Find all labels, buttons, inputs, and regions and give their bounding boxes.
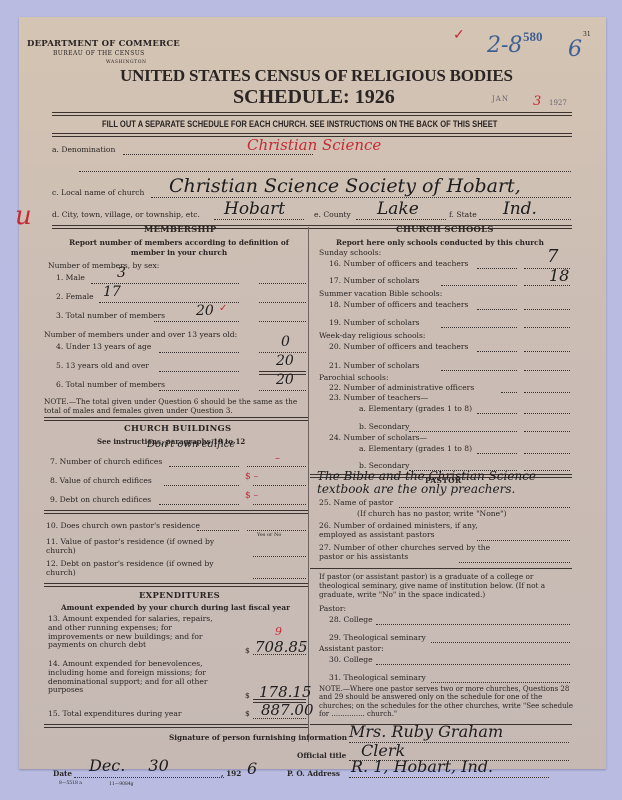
file-number-handwritten: 2-8 <box>487 33 522 58</box>
over-13-field[interactable]: 20 <box>276 353 294 369</box>
denomination-label: a. Denomination <box>52 145 115 154</box>
sunday-scholars-label: 17. Number of scholars <box>329 276 420 285</box>
sunday-officers-label: 16. Number of officers and teachers <box>329 259 468 268</box>
female-label: 2. Female <box>56 292 94 301</box>
address-label: P. O. Address <box>287 769 340 778</box>
male-answer-line <box>259 283 306 284</box>
church-buildings-heading: CHURCH BUILDINGS <box>124 423 231 433</box>
parochial-scholars-elementary-label: a. Elementary (grades 1 to 8) <box>359 444 472 453</box>
city-field[interactable]: Hobart <box>224 199 285 219</box>
instructions-banner: FILL OUT A SEPARATE SCHEDULE FOR EACH CH… <box>102 119 497 129</box>
date-label: Date <box>53 769 72 778</box>
edifices-debt-label: 9. Debt on church edifices <box>50 495 151 504</box>
county-label: e. County <box>314 210 351 219</box>
parochial-scholars-label: 24. Number of scholars— <box>329 433 427 442</box>
print-code-1: 8—5518 a <box>59 781 82 786</box>
city-field-label: d. City, town, village, or township, etc… <box>52 210 200 219</box>
female-field[interactable]: 17 <box>103 284 121 300</box>
summer-officers-label: 18. Number of officers and teachers <box>329 300 468 309</box>
assistant-college-line <box>376 664 570 665</box>
assistant-pastors-label: 26. Number of ordained ministers, if any… <box>319 522 499 540</box>
parochial-schools-label: Parochial schools: <box>319 373 389 382</box>
official-title-label: Official title <box>297 751 346 760</box>
local-name-field[interactable]: Christian Science Society of Hobart, <box>169 175 521 197</box>
running-expenses-correction: 9 <box>275 625 282 638</box>
age-label: Number of members under and over 13 year… <box>44 330 237 339</box>
total-members-age-answer-line <box>259 390 306 391</box>
female-line <box>99 302 239 303</box>
pastor-residence-label: 10. Does church own pastor's residence <box>46 521 200 530</box>
edifices-value-answer-line <box>253 485 306 486</box>
bureau-label: BUREAU OF THE CENSUS <box>53 50 145 57</box>
under-13-line <box>159 352 239 353</box>
received-stamp-day: 3 <box>533 94 541 109</box>
over-13-label: 5. 13 years old and over <box>56 361 149 370</box>
margin-mark: u <box>15 201 32 231</box>
edifices-value-field[interactable]: $ – <box>245 472 258 482</box>
file-number-stamp: 580 <box>523 29 543 45</box>
city-line <box>214 219 304 220</box>
pastor-residence-line <box>197 530 239 531</box>
total-members-age-field[interactable]: 20 <box>276 372 294 388</box>
parochial-teachers-label: 23. Number of teachers— <box>329 393 428 402</box>
sunday-scholars-field[interactable]: 18 <box>549 266 569 285</box>
check-mark-icon: ✓ <box>219 303 227 314</box>
dollar-sign: $ <box>245 691 250 700</box>
membership-heading: MEMBERSHIP <box>144 224 217 234</box>
expenditures-divider <box>44 724 308 728</box>
sunday-scholars-line <box>441 285 517 286</box>
total-members-label: 3. Total number of members <box>56 311 165 320</box>
membership-note: NOTE.—The total given under Question 6 s… <box>44 398 306 416</box>
total-members-line <box>154 321 239 322</box>
pastor-name-line <box>399 507 570 508</box>
weekday-officers-line <box>477 351 517 352</box>
residence-value-answer-line <box>253 556 306 557</box>
weekday-scholars-line <box>441 370 517 371</box>
summer-officers-answer-line <box>524 309 570 310</box>
section-divider <box>52 225 572 229</box>
graduate-instructions: If pastor (or assistant pastor) is a gra… <box>319 573 574 599</box>
county-field[interactable]: Lake <box>377 199 419 219</box>
male-field[interactable]: 3 <box>117 265 126 281</box>
total-expenditures-label: 15. Total expenditures during year <box>48 709 182 718</box>
assistant-college-label: 30. College <box>329 655 373 664</box>
assistant-seminary-line <box>431 682 570 683</box>
edifices-debt-answer-line <box>253 504 306 505</box>
summer-scholars-line <box>441 327 517 328</box>
census-schedule-sheet: DEPARTMENT OF COMMERCE BUREAU OF THE CEN… <box>19 17 606 769</box>
assistant-seminary-label: 31. Theological seminary <box>329 673 426 682</box>
sunday-schools-label: Sunday schools: <box>319 248 381 257</box>
corner-mark: 31 <box>583 31 591 38</box>
header-divider <box>52 112 572 116</box>
check-mark-icon: ✓ <box>453 27 465 43</box>
total-members-age-line <box>159 390 239 391</box>
denomination-line <box>123 154 313 155</box>
summer-scholars-answer-line <box>524 327 570 328</box>
pastor-seminary-line <box>431 642 570 643</box>
expenditures-subheading: Amount expended by your church during la… <box>61 603 290 612</box>
by-sex-label: Number of members, by sex: <box>48 261 159 270</box>
sunday-officers-field[interactable]: 7 <box>547 246 558 267</box>
under-13-label: 4. Under 13 years of age <box>56 342 151 351</box>
running-expenses-field[interactable]: 708.85 <box>255 638 308 656</box>
parochial-scholars-elementary-line <box>477 453 517 454</box>
assistant-pastor-label: Assistant pastor: <box>319 644 384 653</box>
parochial-scholars-elementary-answer-line <box>524 453 570 454</box>
address-line <box>349 777 549 778</box>
total-members-answer-line <box>259 321 306 322</box>
running-expenses-label: 13. Amount expended for salaries, repair… <box>48 615 218 650</box>
pastor-note-line-1: The Bible and the Christian Science <box>317 469 536 483</box>
state-field[interactable]: Ind. <box>503 199 537 219</box>
buildings-divider <box>44 510 308 514</box>
parochial-teachers-elementary-answer-line <box>524 413 570 414</box>
sunday-scholars-answer-line <box>524 285 570 286</box>
pastor-residence-answer-line <box>247 530 306 531</box>
state-line <box>479 219 571 220</box>
dollar-sign: $ <box>245 646 250 655</box>
under-13-field[interactable]: 0 <box>281 334 290 350</box>
department-label: DEPARTMENT OF COMMERCE <box>27 39 180 49</box>
parochial-teachers-elementary-line <box>477 413 517 414</box>
parochial-officers-answer-line <box>524 392 570 393</box>
pastor-note-line-2: textbook are the only preachers. <box>317 482 515 496</box>
church-buildings-note: Don't own edifice <box>147 439 235 450</box>
pastor-name-hint: (If church has no pastor, write "None") <box>357 509 507 518</box>
total-members-field[interactable]: 20 <box>196 303 214 319</box>
edifices-count-label: 7. Number of church edifices <box>50 457 162 466</box>
denomination-b-line <box>79 171 571 172</box>
pastor-college-label: 28. College <box>329 615 373 624</box>
edifices-count-field[interactable]: – <box>275 453 280 464</box>
column-divider <box>308 227 309 742</box>
summer-schools-label: Summer vacation Bible schools: <box>319 289 442 298</box>
weekday-schools-label: Week-day religious schools: <box>319 331 425 340</box>
weekday-officers-answer-line <box>524 351 570 352</box>
membership-subheading: Report number of members according to de… <box>69 238 289 258</box>
received-stamp-year: 1927 <box>549 99 567 107</box>
parochial-teachers-secondary-line <box>409 431 517 432</box>
assistant-pastors-line <box>477 540 570 541</box>
city-label: WASHINGTON <box>106 60 147 65</box>
weekday-scholars-answer-line <box>524 370 570 371</box>
page-title: UNITED STATES CENSUS OF RELIGIOUS BODIES <box>120 66 513 86</box>
church-schools-subheading: Report here only schools conducted by th… <box>336 238 544 247</box>
year-prefix: , 192 <box>221 769 241 778</box>
parochial-officers-line <box>501 392 517 393</box>
total-members-age-label: 6. Total number of members <box>56 380 165 389</box>
male-label: 1. Male <box>56 273 85 282</box>
date-field[interactable]: Dec. 30 <box>89 756 169 775</box>
edifices-count-answer-line <box>247 466 306 467</box>
other-churches-label: 27. Number of other churches served by t… <box>319 544 499 562</box>
edifices-debt-line <box>159 504 239 505</box>
dollar-sign: $ <box>245 709 250 718</box>
local-name-line <box>151 197 571 198</box>
sunday-officers-line <box>477 268 517 269</box>
edifices-value-label: 8. Value of church edifices <box>50 476 152 485</box>
benevolences-field[interactable]: 178.15 <box>259 683 312 701</box>
pastor-divider <box>310 568 572 569</box>
pastor-name-label: 25. Name of pastor <box>319 498 393 507</box>
church-schools-heading: CHURCH SCHOOLS <box>396 224 494 234</box>
total-expenditures-field[interactable]: 887.00 <box>261 701 314 719</box>
parochial-teachers-secondary-label: b. Secondary <box>359 422 409 431</box>
membership-divider <box>44 417 308 421</box>
parochial-teachers-elementary-label: a. Elementary (grades 1 to 8) <box>359 404 472 413</box>
pastor-college-line <box>376 624 570 625</box>
benevolences-label: 14. Amount expended for benevolences, in… <box>48 660 218 695</box>
parochial-officers-label: 22. Number of administrative officers <box>329 383 474 392</box>
expenditures-heading: EXPENDITURES <box>139 590 220 600</box>
date-line <box>74 777 224 778</box>
pastor-seminary-label: 29. Theological seminary <box>329 633 426 642</box>
other-churches-line <box>459 562 570 563</box>
weekday-scholars-label: 21. Number of scholars <box>329 361 420 370</box>
residence-debt-answer-line <box>253 578 306 579</box>
year-field[interactable]: 6 <box>247 759 257 778</box>
female-answer-line <box>259 302 306 303</box>
schedule-title: SCHEDULE: 1926 <box>233 86 395 109</box>
edifices-debt-field[interactable]: $ – <box>245 491 258 501</box>
print-code-2: 11—9084g <box>109 782 134 787</box>
received-stamp-month: JAN <box>492 95 509 103</box>
residence-value-label: 11. Value of pastor's residence (if owne… <box>46 538 236 556</box>
summer-scholars-label: 19. Number of scholars <box>329 318 420 327</box>
summer-officers-line <box>477 309 517 310</box>
denomination-field[interactable]: Christian Science <box>247 136 381 154</box>
over-13-line <box>159 371 239 372</box>
local-name-label: c. Local name of church <box>52 188 144 197</box>
residence-divider <box>44 583 308 587</box>
file-number-suffix: 6 <box>568 37 582 62</box>
weekday-officers-label: 20. Number of officers and teachers <box>329 342 468 351</box>
parochial-teachers-secondary-answer-line <box>524 431 570 432</box>
county-line <box>356 219 446 220</box>
yes-no-hint: Yes or No <box>257 532 281 538</box>
edifices-value-line <box>164 485 239 486</box>
state-label: f. State <box>449 210 477 219</box>
residence-debt-label: 12. Debt on pastor's residence (if owned… <box>46 560 236 578</box>
address-field[interactable]: R. 1, Hobart, Ind. <box>351 757 493 776</box>
pastor-note: NOTE.—Where one pastor serves two or mor… <box>319 685 574 719</box>
signature-field[interactable]: Mrs. Ruby Graham <box>349 722 503 741</box>
pastor-label: Pastor: <box>319 604 346 613</box>
edifices-count-line <box>169 466 239 467</box>
signature-label: Signature of person furnishing informati… <box>169 733 347 742</box>
